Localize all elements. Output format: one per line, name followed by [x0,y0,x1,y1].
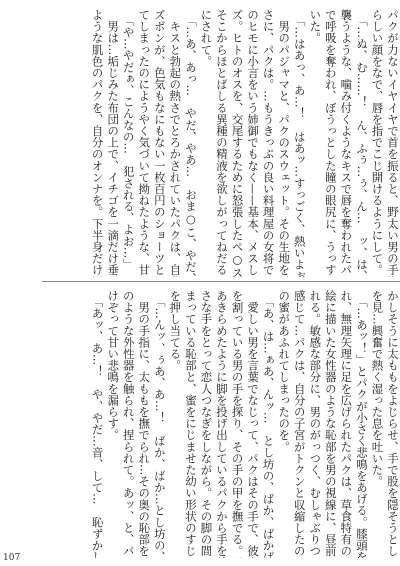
text-column: 「…んッ、ぅあ、あ…！ ばか、ばか…とし坊の、ばか…」 [151,290,167,558]
text-column: のヒモに小言をいう姉御でもなく——基本、メスしかいないフレン [245,9,261,277]
text-column: ズ。ヒトのオスを、交尾するために怒張したペ○スの熱さと固さ、 [229,9,245,277]
text-column: を割っている男の手を探り、その手の甲を撫でる。男は、ぐったり、 [229,290,245,558]
text-column: ズボンが、色気もなにもない一枚百円のショーツと一緒に脱がされ [151,9,167,277]
text-column: で呼吸を奪われ、ぼうっとした瞳の眼尻に、うっすら涙を浮かべて [322,9,338,277]
text-column: 絵に描いた女性器のような恥部を男の視線に、昼前の日差しに晒さ [322,290,338,558]
text-block-top: パクが力ないイヤイヤで首を振ると、野太い男の手指がその可愛 らしい顔をなで、唇を… [0,9,400,277]
text-column: てしまったのにようやく気づいて拗ねたような、甘えた声を出す。 [136,9,152,277]
text-column: 愛しい男を言葉でなじって、パクはその手で、彼女を犯そうと脚 [245,290,261,558]
text-column: パクが力ないイヤイヤで首を振ると、野太い男の手指がその可愛 [384,9,400,277]
text-column: れる。敏感な部分に、男のがっつく、むしゃぶりつくような視線を [307,290,323,558]
text-column: 感じて…パクは、自分の子宮がトクンと収縮したのを、そして愛液 [291,290,307,558]
text-column: かしそうに太ももをよじらせ、手で股を隠そうとしているフレンズ [384,290,400,558]
text-column: そこからほとばしる異種の精液を欲しがってねだるメスに、オンナ [213,9,229,277]
text-column: けぞって甘い悲鳴を漏らす。 [105,290,121,558]
text-column: さに、パクは。…もうきっぷの良い料理屋の女将でも、ろくでなし [260,9,276,277]
text-column: 「…あッ！」とパクが小さく悲鳴をあげる。膝頭を男の手でつかま [353,290,369,558]
text-column: を押し当てる。 [167,290,183,558]
text-column: キスと勃起の熱さでとろかされていたパクは、自分のスウェット [167,9,183,277]
text-column: らしい顔をなで、唇を指でこじ開けるようにして。 [369,9,385,277]
document-page: パクが力ないイヤイヤで首を振ると、野太い男の手指がその可愛 らしい顔をなで、唇を… [0,0,400,566]
page-number: 107 [3,553,20,563]
text-column: の蜜があふれてしまったのを。 [276,290,292,558]
text-column: れ、無理矢理に足を広げられたパクは、草食特有の、恥毛一本無い、 [338,290,354,558]
text-column: を見…興奮で熱く湿った息を吐いた。 [369,290,385,558]
text-column: 「…あ、あっ… やだ、やあ… おま○こ、やだ、恥ずかしい…」 [182,9,198,277]
text-column: まっている恥部と、蜜をにじませた幼い形状のすじにパジャマの膝 [182,290,198,558]
text-column: 「あ、は…ぁあ、んッ… とし坊の、ばか、ばかばか…」 [260,290,276,558]
text-column: 「あッ、あ…！ や、やだ…音、して… 恥ずかしい…」 [89,290,105,558]
text-column: あきらめたように脚を投げ出しているパクから手を離し、彼女の小 [213,290,229,558]
text-column: 「…ぬ、む……！ ん、ふぅ…ぅ、ん… ッ、は、ぁああ…」 [353,9,369,277]
section-divider [42,281,400,282]
text-column: にされて。 [198,9,214,277]
text-column: 男の手指に、太ももを撫でられ…その奥の恥部を、固く閉じた唇 [136,290,152,558]
text-column: 男のパジャマと、パクのスウェット。その生地を貫通する男の熱 [276,9,292,277]
text-column: 「…はあっ、あ…！ はあッ…すっごく、熱いよぉ」 [291,9,307,277]
text-column: いた。 [307,9,323,277]
text-column: さな手をとって恋人つなぎをしながら。その脚の間に、晒されてし [198,290,214,558]
text-column: ような肌色のパクを、自分のオンナを。下半身だけ裸にされ、恥ず [89,9,105,277]
text-column: 「や…やだぁ、こんなの… 犯される、よお…」 [120,9,136,277]
text-column: 襲うような、噛み付くようなキスで唇を奪われたパクは…男の口 [338,9,354,277]
text-column: 男は…垢じみた布団の上で、イチゴを一滴だけ垂らしたミルクの [105,9,121,277]
text-block-bottom: かしそうに太ももをよじらせ、手で股を隠そうとしているフレンズ を見…興奮で熱く湿… [0,290,400,558]
text-column: のような外性器を触られ、捏られて。あッ、と、パクの白い喉がの [120,290,136,558]
